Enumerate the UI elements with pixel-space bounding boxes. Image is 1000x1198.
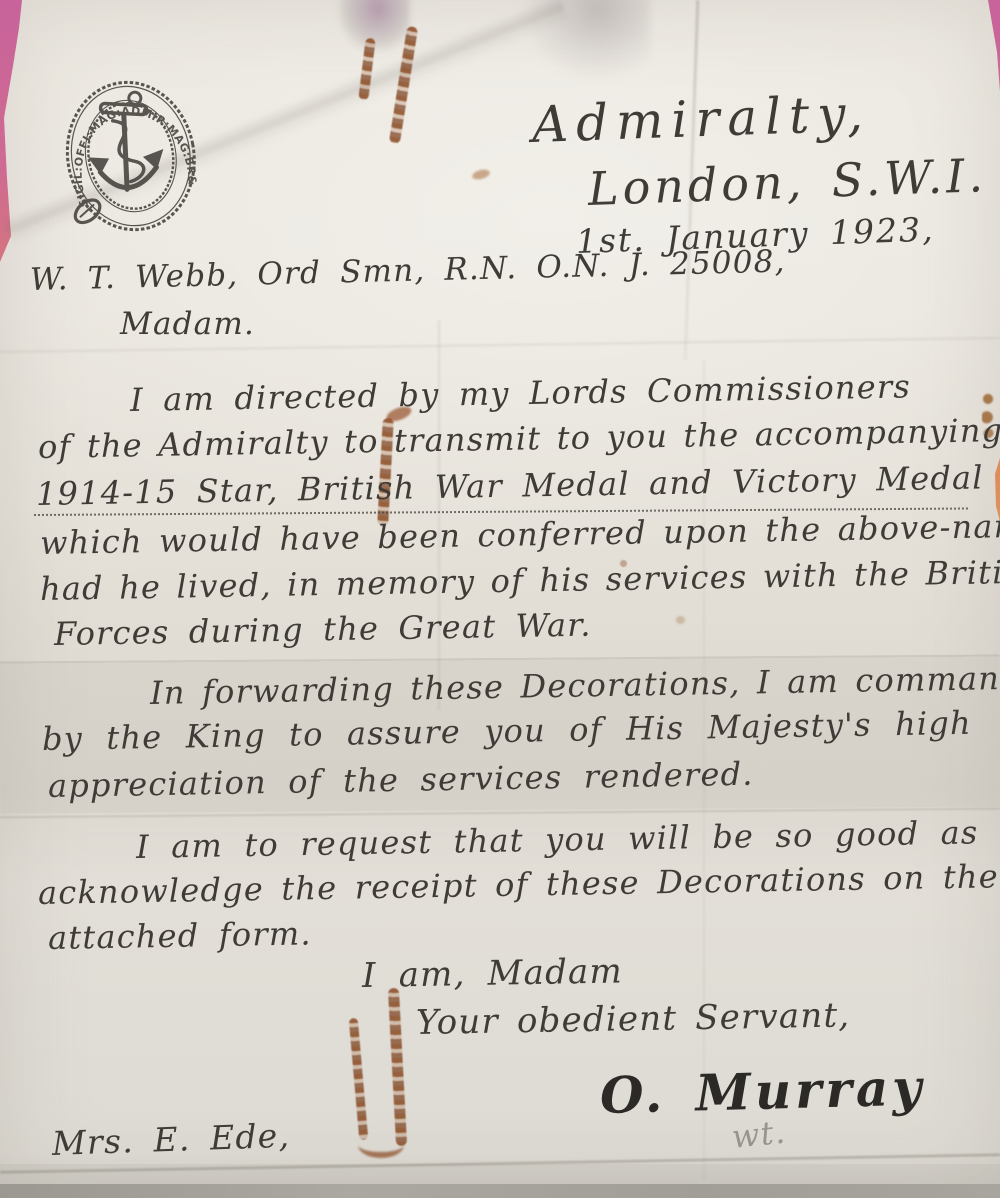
admiralty-seal: SIGIL:OFFI:MAG:ADMIR:MAG:BR&c xyxy=(44,62,219,253)
closing-line-2: Your obedient Servant, xyxy=(416,995,851,1043)
admiralty-seal-svg: SIGIL:OFFI:MAG:ADMIR:MAG:BR&c xyxy=(44,62,219,253)
photo-background: SIGIL:OFFI:MAG:ADMIR:MAG:BR&c Admiralty,… xyxy=(0,0,1000,1198)
closing-line-1: I am, Madam xyxy=(362,951,624,996)
pencil-annotation: wt. xyxy=(730,1112,788,1155)
recipient-line: Mrs. E. Ede, xyxy=(51,1116,290,1163)
salutation: Madam. xyxy=(120,306,255,342)
letterhead-place: Admiralty, xyxy=(531,84,872,154)
body-p3-l3: attached form. xyxy=(48,914,312,957)
